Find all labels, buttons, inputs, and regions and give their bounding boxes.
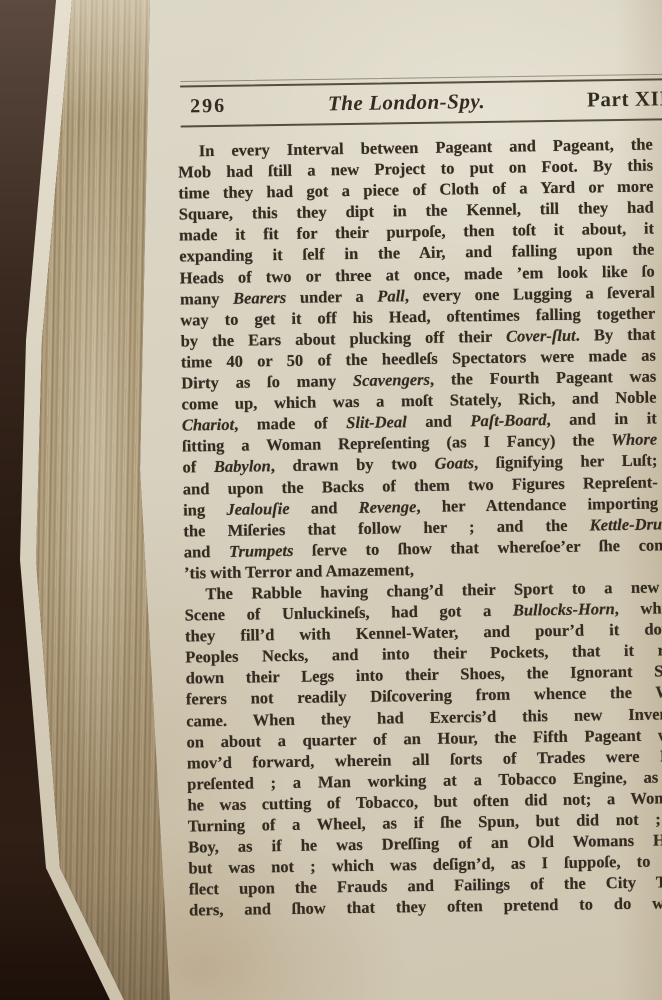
italic-text-segment: Bullocks-Horn [513,599,615,620]
italic-text-segment: Chariot [182,415,235,435]
text-segment: , drawn by two [271,454,435,475]
text-segment: and [184,542,230,562]
text-segment: , the Fourth Pageant was [430,367,657,389]
page-number: 296 [190,95,226,119]
text-segment: and [407,411,471,431]
italic-text-segment: Goats [434,454,474,474]
text-segment: , ſignifying her Luſt; [474,451,658,473]
text-segment: ing [183,499,227,519]
text-segment: , and in it [546,409,657,430]
running-title: The London-Spy. [226,87,587,117]
italic-text-segment: Pall [377,286,405,305]
book-photo: 296 The London-Spy. Part XII. In every I… [0,0,662,1000]
italic-text-segment: Revenge [359,497,417,517]
text-segment: under a [286,286,377,306]
text-segment: many [180,288,233,308]
page-header: 296 The London-Spy. Part XII. [180,78,662,127]
italic-text-segment: Jealouſie [226,499,290,519]
italic-text-segment: Whore [611,430,657,450]
italic-text-segment: Scavengers [353,370,430,390]
text-segment: , which [615,598,662,618]
text-segment: Dirty as ſo many [181,371,353,393]
printed-content: 296 The London-Spy. Part XII. In every I… [0,0,662,1000]
part-label: Part XII. [587,86,662,112]
italic-text-segment: Trumpets [229,541,294,561]
body-text: In every Interval between Pageant and Pa… [178,133,662,921]
text-segment: , made of [234,413,346,434]
text-segment: ’tis with Terror and Amazement, [184,560,414,582]
text-segment: . By that [576,324,656,344]
text-segment: , every one Lugging a ſeveral [405,282,655,305]
text-segment: ſerve to ſhow that whereſoe’er ſhe comes [293,535,662,560]
italic-text-segment: Kettle-Drums [590,514,662,534]
italic-text-segment: Bearers [233,288,286,308]
italic-text-segment: Babylon [214,457,271,477]
text-segment: , her Attendance importing [416,493,658,516]
italic-text-segment: Slit-Deal [346,412,407,432]
text-segment: of [182,457,214,476]
italic-text-segment: Paſt-Board [470,410,546,430]
text-segment: and [289,498,358,518]
italic-text-segment: Cover-ſlut [506,326,576,346]
